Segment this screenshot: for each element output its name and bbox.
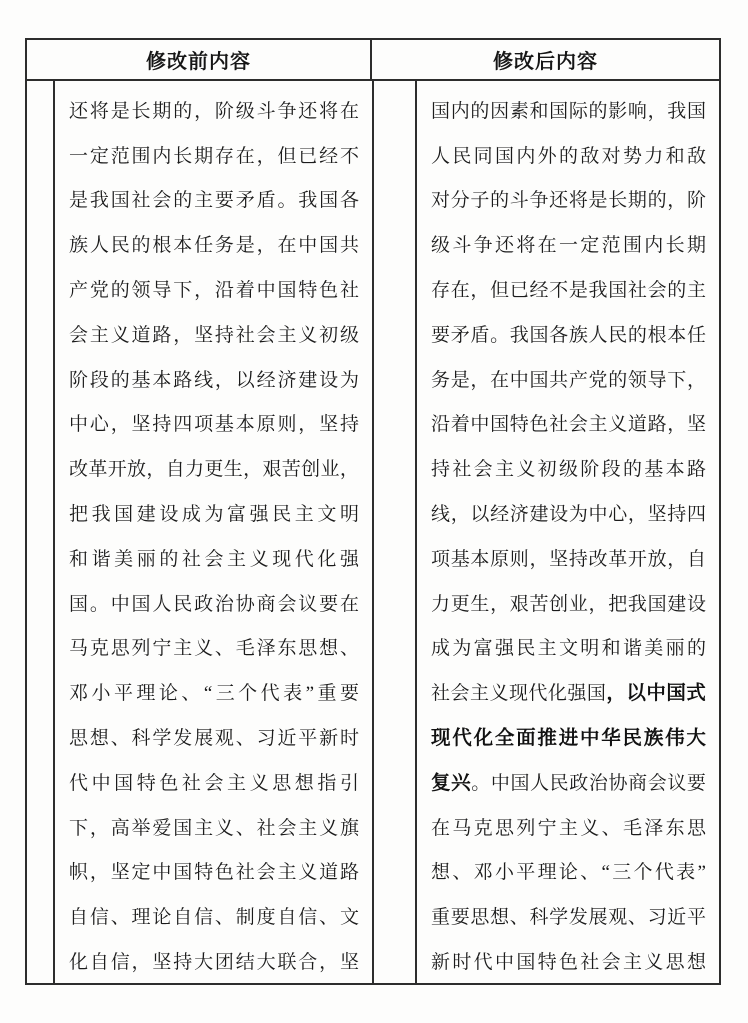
text-line: 中心，坚持四项基本原则，坚持: [69, 403, 359, 448]
text-line: 下，高举爱国主义、社会主义旗: [69, 806, 359, 851]
text-line: 沿着中国特色社会主义道路，坚: [431, 403, 706, 448]
text-line: 代中国特色社会主义思想指引: [69, 761, 359, 806]
text-line: 项基本原则，坚持改革开放，自: [431, 537, 706, 582]
header-after-revision: 修改后内容: [372, 40, 719, 79]
text-line: 想、邓小平理论、“三个代表”: [431, 851, 706, 896]
text-line: 线，以经济建设为中心，坚持四: [431, 492, 706, 537]
text-line: 在马克思列宁主义、毛泽东思: [431, 806, 706, 851]
text-line: 思想、科学发展观、习近平新时: [69, 716, 359, 761]
text-line: 存在，但已经不是我国社会的主: [431, 268, 706, 313]
text-line: 现代化全面推进中华民族伟大: [431, 716, 706, 761]
text-line: 化自信，坚持大团结大联合，坚: [69, 940, 359, 983]
text-line: 阶段的基本路线，以经济建设为: [69, 358, 359, 403]
text-line: 自信、理论自信、制度自信、文: [69, 895, 359, 940]
after-text-cell: 国内的因素和国际的影响，我国人民同国内外的敌对势力和敌对分子的斗争还将是长期的，…: [417, 81, 719, 983]
text-line: 持社会主义初级阶段的基本路: [431, 447, 706, 492]
text-line: 把我国建设成为富强民主文明: [69, 492, 359, 537]
text-line: 级斗争还将在一定范围内长期: [431, 223, 706, 268]
text-line: 改革开放，自力更生，艰苦创业，: [69, 447, 359, 492]
text-line: 国内的因素和国际的影响，我国: [431, 89, 706, 134]
before-number-cell: [27, 81, 55, 983]
text-line: 帜，坚定中国特色社会主义道路: [69, 851, 359, 896]
text-line: 还将是长期的，阶级斗争还将在: [69, 89, 359, 134]
text-line: 重要思想、科学发展观、习近平: [431, 895, 706, 940]
after-number-cell: [374, 81, 417, 983]
document-page: 修改前内容 修改后内容 还将是长期的，阶级斗争还将在一定范围内长期存在，但已经不…: [0, 0, 748, 1023]
text-line: 力更生，艰苦创业，把我国建设: [431, 582, 706, 627]
before-text-cell: 还将是长期的，阶级斗争还将在一定范围内长期存在，但已经不是我国社会的主要矛盾。我…: [55, 81, 374, 983]
text-line: 会主义道路，坚持社会主义初级: [69, 313, 359, 358]
text-line: 对分子的斗争还将是长期的，阶: [431, 179, 706, 224]
text-line: 要矛盾。我国各族人民的根本任: [431, 313, 706, 358]
text-line: 人民同国内外的敌对势力和敌: [431, 134, 706, 179]
text-line: 成为富强民主文明和谐美丽的: [431, 627, 706, 672]
text-line: 产党的领导下，沿着中国特色社: [69, 268, 359, 313]
text-line: 马克思列宁主义、毛泽东思想、: [69, 627, 359, 672]
text-line: 国。中国人民政治协商会议要在: [69, 582, 359, 627]
text-line: 族人民的根本任务是，在中国共: [69, 223, 359, 268]
text-line: 社会主义现代化强国，以中国式: [431, 671, 706, 716]
revision-comparison-table: 修改前内容 修改后内容 还将是长期的，阶级斗争还将在一定范围内长期存在，但已经不…: [25, 38, 721, 985]
text-line: 邓小平理论、“三个代表”重要: [69, 671, 359, 716]
text-line: 务是，在中国共产党的领导下，: [431, 358, 706, 403]
text-line: 新时代中国特色社会主义思想: [431, 940, 706, 983]
text-line: 是我国社会的主要矛盾。我国各: [69, 179, 359, 224]
text-line: 一定范围内长期存在，但已经不: [69, 134, 359, 179]
text-line: 复兴。中国人民政治协商会议要: [431, 761, 706, 806]
header-before-revision: 修改前内容: [27, 40, 372, 79]
table-body-row: 还将是长期的，阶级斗争还将在一定范围内长期存在，但已经不是我国社会的主要矛盾。我…: [27, 81, 719, 983]
table-header-row: 修改前内容 修改后内容: [27, 40, 719, 81]
text-line: 和谐美丽的社会主义现代化强: [69, 537, 359, 582]
